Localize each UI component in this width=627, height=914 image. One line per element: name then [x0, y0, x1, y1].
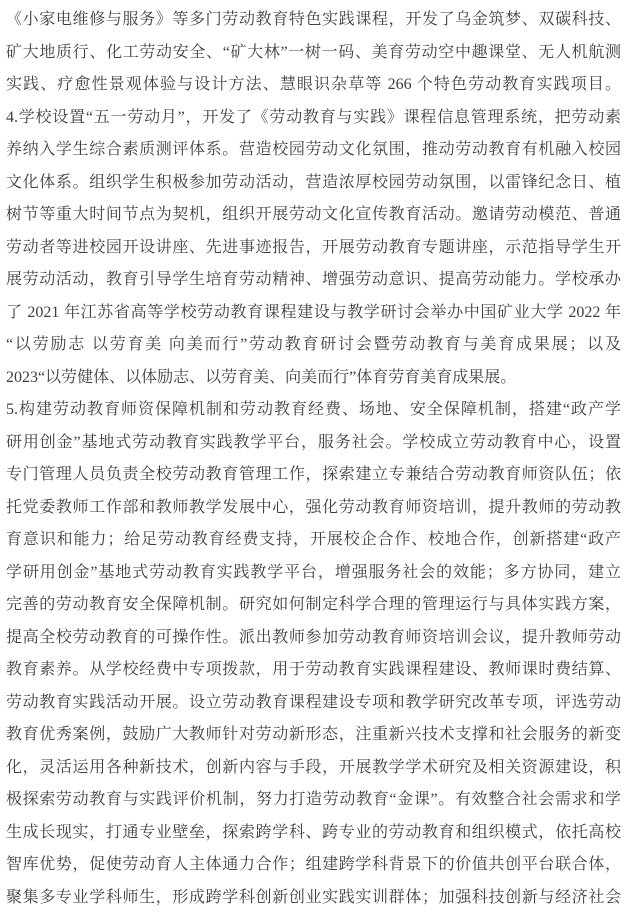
- text-line: 育意识和能力；给足劳动教育经费支持，开展校企合作、校地合作，创新搭建“政产: [6, 524, 621, 557]
- text-line: “以劳励志 以劳育美 向美而行”劳动教育研讨会暨劳动教育与美育成果展；以及: [6, 329, 621, 362]
- text-line: 学研用创金”基地式劳动教育实践教学平台，增强服务社会的效能；多方协同，建立: [6, 557, 621, 590]
- text-line: 智库优势，促使劳动育人主体通力合作；组建跨学科背景下的价值共创平台联合体，: [6, 849, 621, 882]
- text-line: 提高全校劳动教育的可操作性。派出教师参加劳动教育师资培训会议，提升教师劳动: [6, 622, 621, 655]
- text-line: 完善的劳动教育安全保障机制。研究如何制定科学合理的管理运行与具体实践方案，: [6, 589, 621, 622]
- text-line: 专门管理人员负责全校劳动教育管理工作，探索建立专兼结合劳动教育师资队伍；依: [6, 459, 621, 492]
- text-line: 劳动者等进校园开设讲座、先进事迹报告，开展劳动教育专题讲座，示范指导学生开: [6, 232, 621, 265]
- text-line: 生成长现实，打通专业壁垒，探索跨学科、跨专业的劳动教育和组织模式，依托高校: [6, 817, 621, 850]
- text-line: 托党委教师工作部和教师教学发展中心，强化劳动教育师资培训，提升教师的劳动教: [6, 492, 621, 525]
- text-line: 矿大地质行、化工劳动安全、“矿大林”一树一码、美育劳动空中趣课堂、无人机航测: [6, 37, 621, 70]
- text-line: 4.学校设置“五一劳动月”，开发了《劳动教育与实践》课程信息管理系统，把劳动素: [6, 102, 621, 135]
- text-line: 教育优秀案例，鼓励广大教师针对劳动新形态，注重新兴技术支撑和社会服务的新变: [6, 719, 621, 752]
- text-line: 5.构建劳动教育师资保障机制和劳动教育经费、场地、安全保障机制，搭建“政产学: [6, 394, 621, 427]
- document-page: 《小家电维修与服务》等多门劳动教育特色实践课程，开发了乌金筑梦、双碳科技、 矿大…: [0, 0, 627, 914]
- text-line: 极探索劳动教育与实践评价机制，努力打造劳动教育“金课”。有效整合社会需求和学: [6, 784, 621, 817]
- text-line: 化，灵活运用各种新技术，创新内容与手段，开展教学学术研究及相关资源建设，积: [6, 752, 621, 785]
- text-line: 文化体系。组织学生积极参加劳动活动，营造浓厚校园劳动氛围，以雷锋纪念日、植: [6, 167, 621, 200]
- text-line: 实践、疗愈性景观体验与设计方法、慧眼识杂草等 266 个特色劳动教育实践项目。: [6, 69, 621, 102]
- text-line: 教育素养。从学校经费中专项拨款，用于劳动教育实践课程建设、教师课时费结算、: [6, 654, 621, 687]
- text-line: 树节等重大时间节点为契机，组织开展劳动文化宣传教育活动。邀请劳动模范、普通: [6, 199, 621, 232]
- text-line: 了 2021 年江苏省高等学校劳动教育课程建设与教学研讨会举办中国矿业大学 20…: [6, 297, 621, 330]
- text-line: 《小家电维修与服务》等多门劳动教育特色实践课程，开发了乌金筑梦、双碳科技、: [6, 4, 621, 37]
- text-line: 研用创金”基地式劳动教育实践教学平台，服务社会。学校成立劳动教育中心，设置: [6, 427, 621, 460]
- text-line: 展劳动活动，教育引导学生培育劳动精神、增强劳动意识、提高劳动能力。学校承办: [6, 264, 621, 297]
- text-line: 养纳入学生综合素质测评体系。营造校园劳动文化氛围，推动劳动教育有机融入校园: [6, 134, 621, 167]
- text-line-paragraph-end: 2023“以劳健体、以体励志、以劳育美、向美而行”体育劳育美育成果展。: [6, 362, 621, 395]
- text-line: 劳动教育实践活动开展。设立劳动教育课程建设专项和教学研究改革专项，评选劳动: [6, 687, 621, 720]
- text-line: 聚集多专业学科师生，形成跨学科创新创业实践实训群体；加强科技创新与经济社会: [6, 882, 621, 914]
